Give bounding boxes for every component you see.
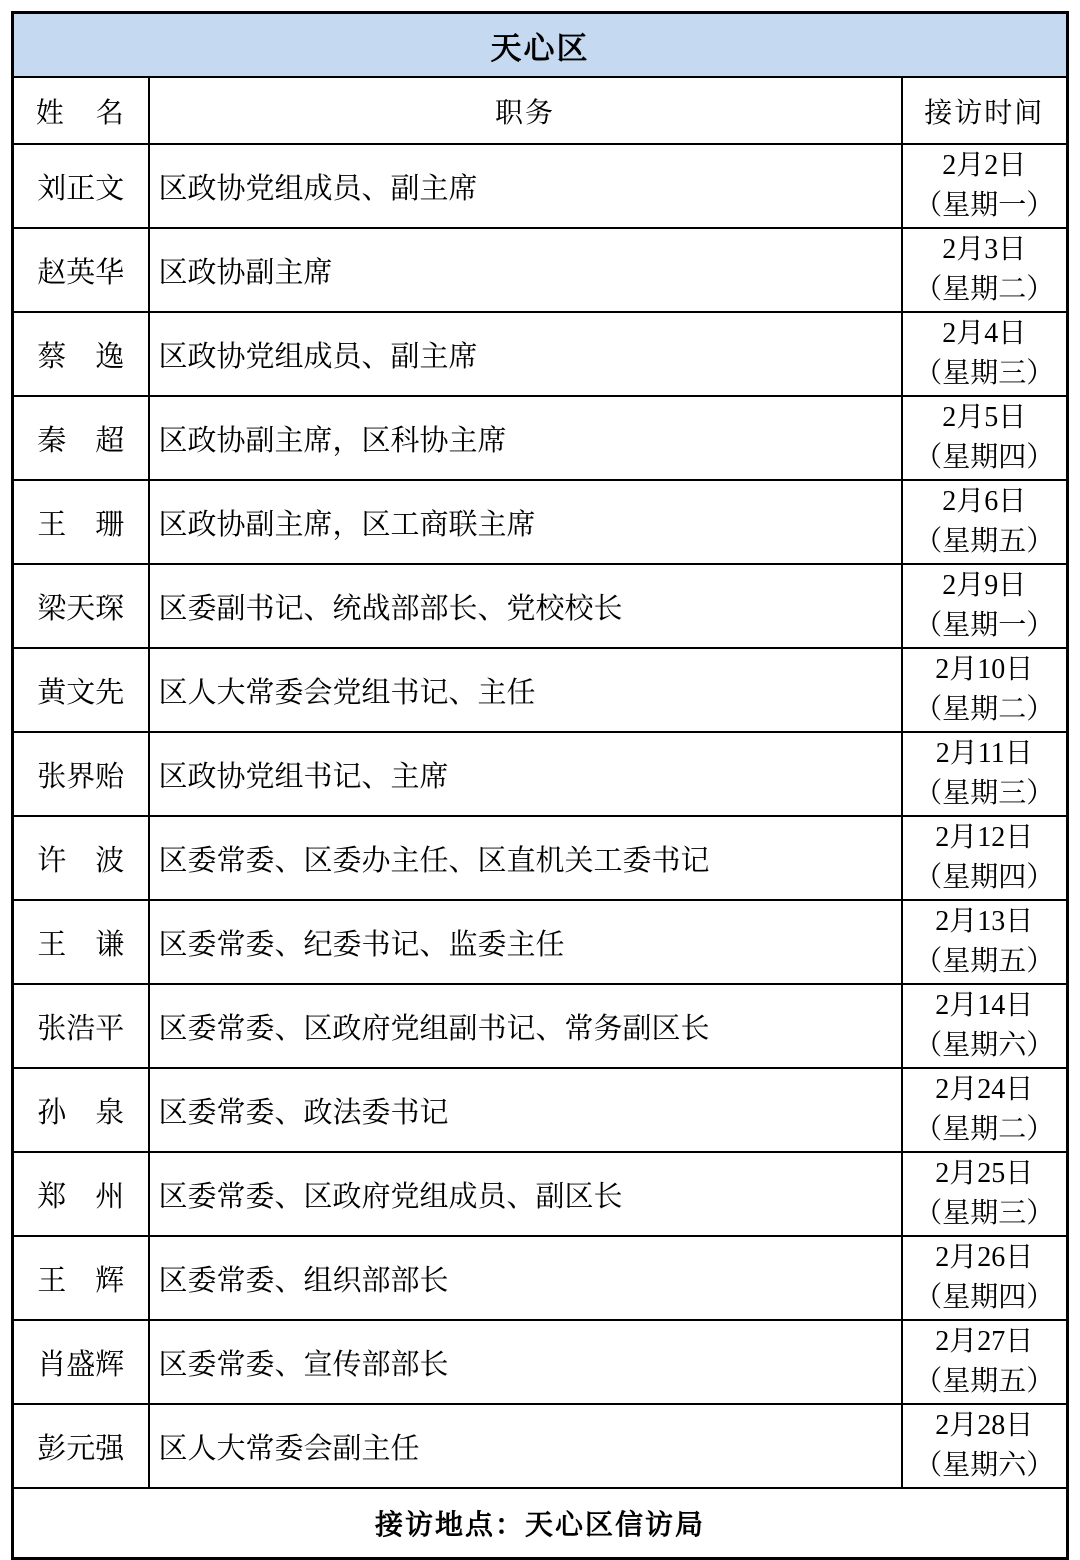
- table-body: 刘正文 区政协党组成员、副主席 2月2日 （星期一） 赵英华 区政协副主席 2月…: [13, 144, 1068, 1488]
- reception-weekday: （星期三）: [904, 1194, 1066, 1234]
- table-row: 王 谦 区委常委、纪委书记、监委主任 2月13日 （星期五）: [13, 900, 1068, 984]
- person-name: 蔡 逸: [13, 312, 149, 396]
- person-name: 王 谦: [13, 900, 149, 984]
- person-position: 区政协党组书记、主席: [149, 732, 902, 816]
- column-header-row: 姓 名 职务 接访时间: [13, 77, 1068, 144]
- reception-weekday: （星期一）: [904, 606, 1066, 646]
- reception-weekday: （星期二）: [904, 1110, 1066, 1150]
- reception-date: 2月4日: [904, 314, 1066, 354]
- person-position: 区委常委、纪委书记、监委主任: [149, 900, 902, 984]
- person-name: 许 波: [13, 816, 149, 900]
- person-position: 区委常委、组织部部长: [149, 1236, 902, 1320]
- person-position: 区人大常委会党组书记、主任: [149, 648, 902, 732]
- table-row: 郑 州 区委常委、区政府党组成员、副区长 2月25日 （星期三）: [13, 1152, 1068, 1236]
- reception-date: 2月5日: [904, 398, 1066, 438]
- reception-weekday: （星期四）: [904, 858, 1066, 898]
- reception-time: 2月14日 （星期六）: [902, 984, 1068, 1068]
- reception-weekday: （星期六）: [904, 1446, 1066, 1486]
- table-row: 张浩平 区委常委、区政府党组副书记、常务副区长 2月14日 （星期六）: [13, 984, 1068, 1068]
- person-position: 区委常委、区委办主任、区直机关工委书记: [149, 816, 902, 900]
- table-row: 王 珊 区政协副主席，区工商联主席 2月6日 （星期五）: [13, 480, 1068, 564]
- table-row: 刘正文 区政协党组成员、副主席 2月2日 （星期一）: [13, 144, 1068, 228]
- person-name: 孙 泉: [13, 1068, 149, 1152]
- person-position: 区委常委、宣传部部长: [149, 1320, 902, 1404]
- person-name: 梁天琛: [13, 564, 149, 648]
- reception-date: 2月9日: [904, 566, 1066, 606]
- reception-weekday: （星期四）: [904, 438, 1066, 478]
- person-position: 区政协党组成员、副主席: [149, 144, 902, 228]
- reception-time: 2月2日 （星期一）: [902, 144, 1068, 228]
- person-position: 区委常委、区政府党组副书记、常务副区长: [149, 984, 902, 1068]
- reception-time: 2月5日 （星期四）: [902, 396, 1068, 480]
- person-name: 黄文先: [13, 648, 149, 732]
- footer-row: 接访地点：天心区信访局: [13, 1488, 1068, 1559]
- person-name: 刘正文: [13, 144, 149, 228]
- person-name: 张界贻: [13, 732, 149, 816]
- person-name: 王 辉: [13, 1236, 149, 1320]
- table-row: 许 波 区委常委、区委办主任、区直机关工委书记 2月12日 （星期四）: [13, 816, 1068, 900]
- reception-date: 2月10日: [904, 650, 1066, 690]
- person-position: 区委副书记、统战部部长、党校校长: [149, 564, 902, 648]
- reception-schedule-table: 天心区 姓 名 职务 接访时间 刘正文 区政协党组成员、副主席 2月2日 （星期…: [11, 11, 1069, 1560]
- person-name: 肖盛辉: [13, 1320, 149, 1404]
- title-row: 天心区: [13, 13, 1068, 78]
- reception-weekday: （星期二）: [904, 270, 1066, 310]
- person-name: 王 珊: [13, 480, 149, 564]
- column-header-position: 职务: [149, 77, 902, 144]
- reception-time: 2月28日 （星期六）: [902, 1404, 1068, 1488]
- reception-time: 2月12日 （星期四）: [902, 816, 1068, 900]
- reception-date: 2月3日: [904, 230, 1066, 270]
- person-position: 区委常委、区政府党组成员、副区长: [149, 1152, 902, 1236]
- reception-weekday: （星期五）: [904, 522, 1066, 562]
- table-row: 孙 泉 区委常委、政法委书记 2月24日 （星期二）: [13, 1068, 1068, 1152]
- person-position: 区政协副主席，区科协主席: [149, 396, 902, 480]
- reception-time: 2月4日 （星期三）: [902, 312, 1068, 396]
- person-position: 区人大常委会副主任: [149, 1404, 902, 1488]
- table-row: 蔡 逸 区政协党组成员、副主席 2月4日 （星期三）: [13, 312, 1068, 396]
- reception-weekday: （星期二）: [904, 690, 1066, 730]
- reception-date: 2月13日: [904, 902, 1066, 942]
- reception-date: 2月6日: [904, 482, 1066, 522]
- reception-time: 2月10日 （星期二）: [902, 648, 1068, 732]
- person-position: 区委常委、政法委书记: [149, 1068, 902, 1152]
- reception-date: 2月12日: [904, 818, 1066, 858]
- reception-date: 2月2日: [904, 146, 1066, 186]
- reception-time: 2月11日 （星期三）: [902, 732, 1068, 816]
- reception-date: 2月25日: [904, 1154, 1066, 1194]
- reception-date: 2月11日: [904, 734, 1066, 774]
- person-name: 赵英华: [13, 228, 149, 312]
- person-name: 郑 州: [13, 1152, 149, 1236]
- reception-weekday: （星期一）: [904, 186, 1066, 226]
- person-position: 区政协党组成员、副主席: [149, 312, 902, 396]
- reception-weekday: （星期六）: [904, 1026, 1066, 1066]
- document-sheet: 天心区 姓 名 职务 接访时间 刘正文 区政协党组成员、副主席 2月2日 （星期…: [11, 11, 1069, 1560]
- reception-date: 2月14日: [904, 986, 1066, 1026]
- reception-time: 2月25日 （星期三）: [902, 1152, 1068, 1236]
- table-row: 王 辉 区委常委、组织部部长 2月26日 （星期四）: [13, 1236, 1068, 1320]
- table-row: 彭元强 区人大常委会副主任 2月28日 （星期六）: [13, 1404, 1068, 1488]
- person-name: 彭元强: [13, 1404, 149, 1488]
- column-header-time: 接访时间: [902, 77, 1068, 144]
- reception-weekday: （星期三）: [904, 354, 1066, 394]
- reception-weekday: （星期五）: [904, 942, 1066, 982]
- person-position: 区政协副主席: [149, 228, 902, 312]
- reception-time: 2月24日 （星期二）: [902, 1068, 1068, 1152]
- reception-time: 2月3日 （星期二）: [902, 228, 1068, 312]
- reception-location: 接访地点：天心区信访局: [13, 1488, 1068, 1559]
- reception-time: 2月26日 （星期四）: [902, 1236, 1068, 1320]
- reception-time: 2月27日 （星期五）: [902, 1320, 1068, 1404]
- reception-date: 2月28日: [904, 1406, 1066, 1446]
- table-row: 肖盛辉 区委常委、宣传部部长 2月27日 （星期五）: [13, 1320, 1068, 1404]
- reception-date: 2月27日: [904, 1322, 1066, 1362]
- reception-time: 2月9日 （星期一）: [902, 564, 1068, 648]
- table-row: 赵英华 区政协副主席 2月3日 （星期二）: [13, 228, 1068, 312]
- reception-date: 2月26日: [904, 1238, 1066, 1278]
- person-name: 张浩平: [13, 984, 149, 1068]
- reception-weekday: （星期三）: [904, 774, 1066, 814]
- reception-weekday: （星期五）: [904, 1362, 1066, 1402]
- table-row: 黄文先 区人大常委会党组书记、主任 2月10日 （星期二）: [13, 648, 1068, 732]
- reception-time: 2月6日 （星期五）: [902, 480, 1068, 564]
- reception-date: 2月24日: [904, 1070, 1066, 1110]
- person-name: 秦 超: [13, 396, 149, 480]
- reception-weekday: （星期四）: [904, 1278, 1066, 1318]
- table-row: 秦 超 区政协副主席，区科协主席 2月5日 （星期四）: [13, 396, 1068, 480]
- column-header-name: 姓 名: [13, 77, 149, 144]
- district-title: 天心区: [13, 13, 1068, 78]
- table-row: 张界贻 区政协党组书记、主席 2月11日 （星期三）: [13, 732, 1068, 816]
- table-row: 梁天琛 区委副书记、统战部部长、党校校长 2月9日 （星期一）: [13, 564, 1068, 648]
- person-position: 区政协副主席，区工商联主席: [149, 480, 902, 564]
- reception-time: 2月13日 （星期五）: [902, 900, 1068, 984]
